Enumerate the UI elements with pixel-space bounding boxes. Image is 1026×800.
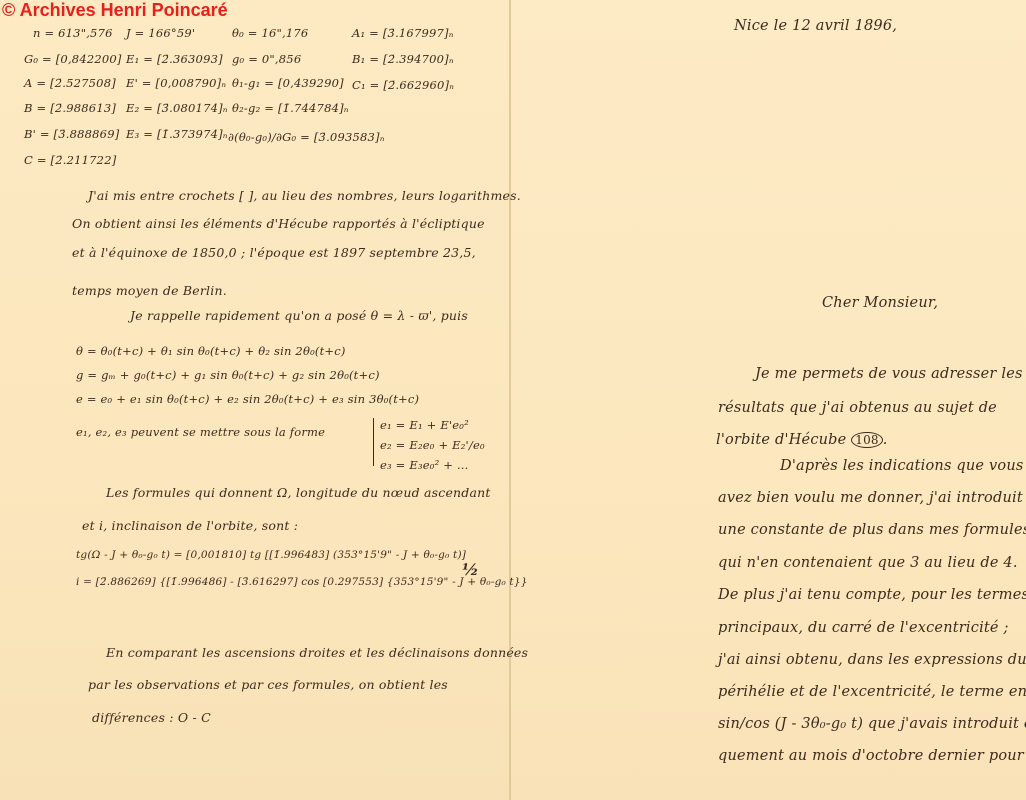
constant: J = 166°59' [126, 26, 195, 40]
constant: n = 613",576 [33, 26, 113, 40]
form: e₁ = E₁ + E'e₀² [380, 418, 469, 432]
page-fold [509, 0, 511, 800]
letter-line: De plus j'ai tenu compte, pour les terme… [718, 587, 1026, 603]
archive-watermark: © Archives Henri Poincaré [2, 0, 228, 21]
constant: θ₂-g₂ = [1̄.744784]ₙ [232, 101, 349, 115]
letter-line: quement au mois d'octobre dernier pour [718, 748, 1024, 764]
constant: A₁ = [3̄.167997]ₙ [352, 26, 454, 40]
constant: C₁ = [2̄.662960]ₙ [352, 78, 454, 92]
letter-line: D'après les indications que vous [780, 458, 1024, 474]
dateline: Nice le 12 avril 1896, [734, 18, 897, 34]
letter-line: l'orbite d'Hécube 108. [716, 432, 888, 448]
constant: E' = [0,008790]ₙ [126, 76, 226, 90]
constant: G₀ = [0,842200] [24, 52, 122, 66]
formula: i = [2̄.886269] {[1̄.996486] - [3̄.61629… [76, 576, 528, 588]
constant: B = [2̄.988613] [24, 101, 116, 115]
constant: E₁ = [2̄.363093] [126, 52, 223, 66]
equation: θ = θ₀(t+c) + θ₁ sin θ₀(t+c) + θ₂ sin 2θ… [76, 344, 346, 358]
letter-line: principaux, du carré de l'excentricité ; [718, 620, 1009, 636]
constant: θ₀ = 16",176 [232, 26, 308, 40]
constant: E₃ = [1̄.373974]ₙ [126, 127, 228, 141]
text-line: temps moyen de Berlin. [72, 283, 227, 298]
letter-line-text: l'orbite d'Hécube [716, 432, 846, 448]
text-line: En comparant les ascensions droites et l… [106, 645, 528, 660]
formula: tg(Ω - J + θ₀-g₀ t) = [0,001810] tg [[1̄… [76, 549, 466, 561]
equation: e = e₀ + e₁ sin θ₀(t+c) + e₂ sin 2θ₀(t+c… [76, 392, 419, 406]
letter-line: qui n'en contenaient que 3 au lieu de 4. [718, 555, 1018, 571]
letter-line: j'ai ainsi obtenu, dans les expressions … [718, 652, 1026, 668]
text-line: par les observations et par ces formules… [88, 677, 448, 692]
letter-line: sin/cos (J - 3θ₀-g₀ t) que j'avais intro… [718, 716, 1026, 732]
text-line: et i, inclinaison de l'orbite, sont : [82, 518, 298, 533]
exponent: ½ [462, 560, 479, 579]
asteroid-number-circle: 108 [851, 432, 883, 448]
brace-divider [373, 418, 374, 466]
salutation: Cher Monsieur, [822, 295, 938, 311]
letter-line: avez bien voulu me donner, j'ai introdui… [718, 490, 1023, 506]
constant: ∂(θ₀-g₀)/∂G₀ = [3̄.093583]ₙ [228, 130, 385, 144]
equation: g = gₘ + g₀(t+c) + g₁ sin θ₀(t+c) + g₂ s… [76, 368, 380, 382]
form: e₂ = E₂e₀ + E₂'/e₀ [380, 438, 485, 452]
letter-line: résultats que j'ai obtenus au sujet de [718, 400, 997, 416]
text-line: différences : O - C [92, 710, 211, 725]
letter-line: périhélie et de l'excentricité, le terme… [718, 684, 1026, 700]
constant: A = [2̄.527508] [24, 76, 116, 90]
constant: g₀ = 0",856 [232, 52, 301, 66]
constant: C = [2̄.211722] [24, 153, 116, 167]
constant: B₁ = [2̄.394700]ₙ [352, 52, 454, 66]
letter-line: Je me permets de vous adresser les [755, 366, 1023, 382]
text-line: On obtient ainsi les éléments d'Hécube r… [72, 216, 485, 231]
text-line: Je rappelle rapidement qu'on a posé θ = … [130, 308, 468, 323]
text-line: et à l'équinoxe de 1850,0 ; l'époque est… [72, 245, 476, 260]
letter-line: une constante de plus dans mes formules [718, 522, 1026, 538]
text-line: J'ai mis entre crochets [ ], au lieu des… [88, 188, 521, 203]
constant: E₂ = [3̄.080174]ₙ [126, 101, 228, 115]
text-line: Les formules qui donnent Ω, longitude du… [106, 485, 491, 500]
form: e₃ = E₃e₀² + ... [380, 458, 469, 472]
equation: e₁, e₂, e₃ peuvent se mettre sous la for… [76, 425, 325, 439]
constant: θ₁-g₁ = [0,439290] [232, 76, 344, 90]
constant: B' = [3̄.888869] [24, 127, 119, 141]
